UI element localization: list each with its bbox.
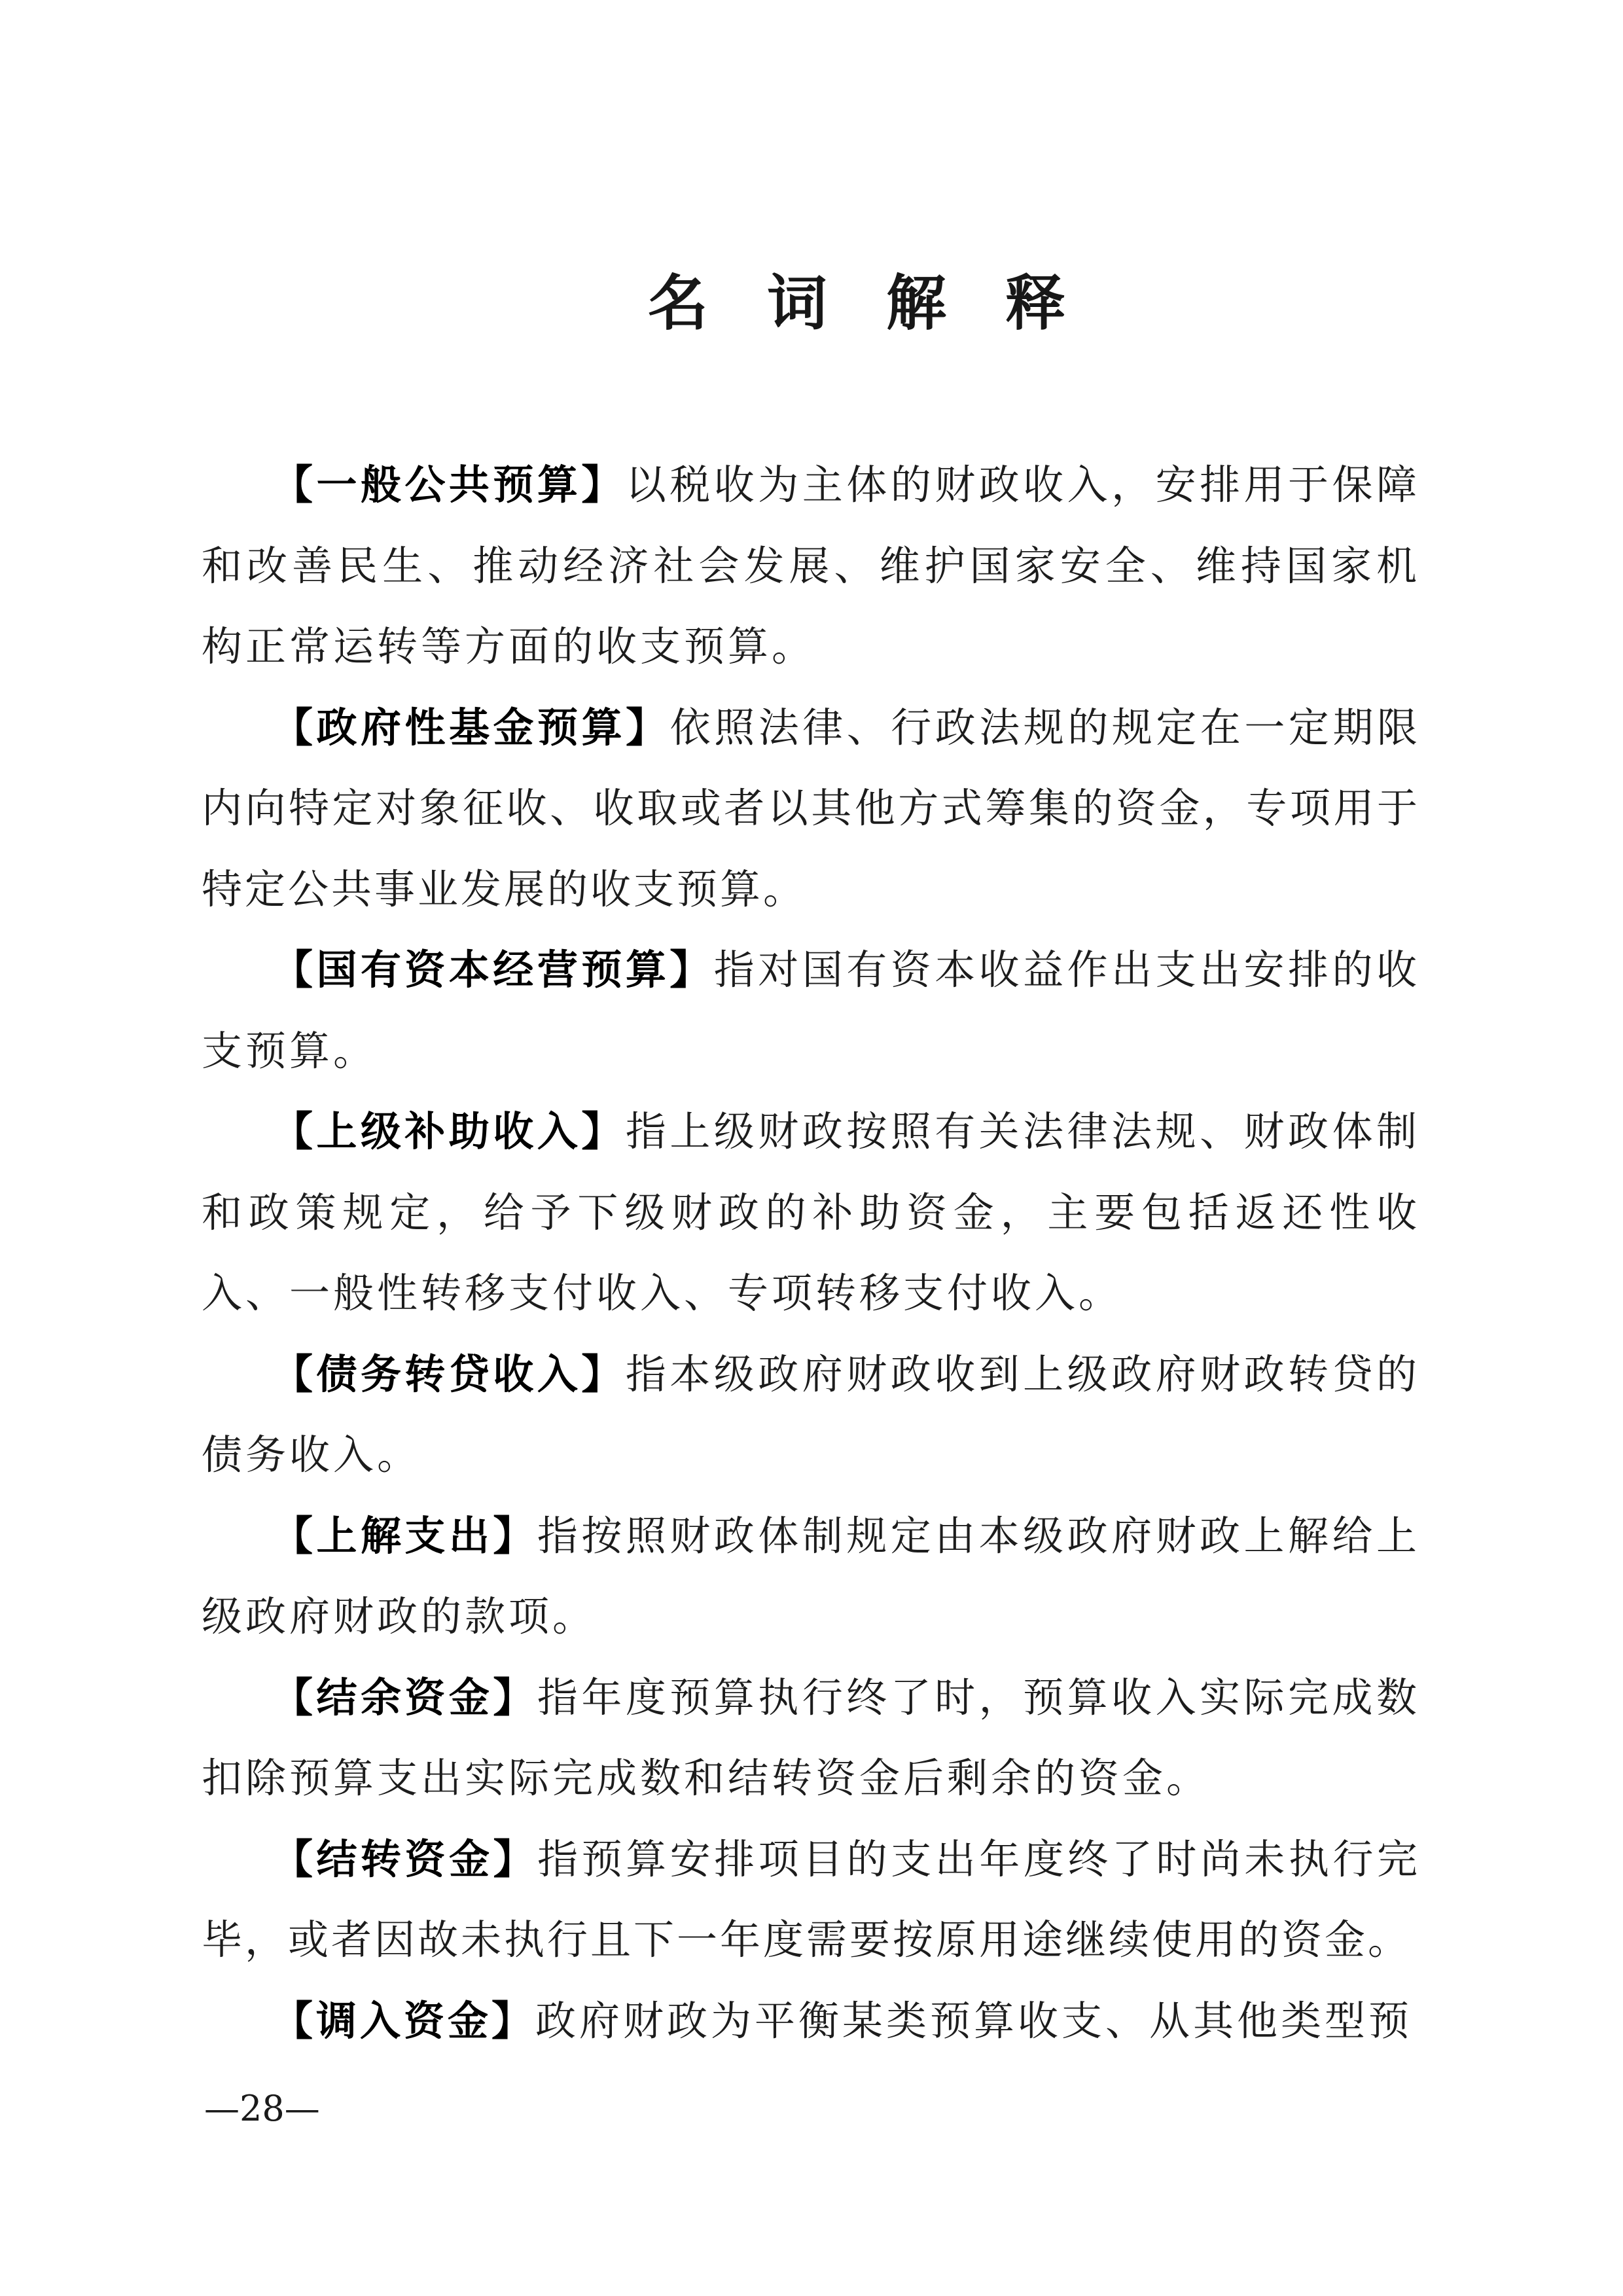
- term-paragraph: 【调入资金】政府财政为平衡某类预算收支、从其他类型预: [202, 1981, 1420, 2062]
- term-label: 【结转资金】: [272, 1835, 537, 1883]
- glossary-body: 【一般公共预算】以税收为主体的财政收入，安排用于保障和改善民生、推动经济社会发展…: [202, 444, 1420, 2061]
- term-paragraph: 【国有资本经营预算】指对国有资本收益作出支出安排的收支预算。: [202, 929, 1420, 1091]
- term-label: 【上级补助收入】: [272, 1107, 626, 1155]
- term-label: 【政府性基金预算】: [272, 704, 670, 751]
- page-title: 名词解释: [648, 267, 1124, 339]
- term-label: 【国有资本经营预算】: [272, 946, 714, 994]
- term-definition: 政府财政为平衡某类预算收支、从其他类型预: [535, 1997, 1412, 2045]
- term-paragraph: 【上解支出】指按照财政体制规定由本级政府财政上解给上级政府财政的款项。: [202, 1496, 1420, 1657]
- term-paragraph: 【结转资金】指预算安排项目的支出年度终了时尚未执行完毕，或者因故未执行且下一年度…: [202, 1819, 1420, 1981]
- term-paragraph: 【政府性基金预算】依照法律、行政法规的规定在一定期限内向特定对象征收、收取或者以…: [202, 687, 1420, 930]
- term-paragraph: 【债务转贷收入】指本级政府财政收到上级政府财政转贷的债务收入。: [202, 1334, 1420, 1496]
- term-label: 【一般公共预算】: [272, 461, 626, 509]
- term-label: 【调入资金】: [272, 1997, 535, 2045]
- term-label: 【上解支出】: [272, 1512, 537, 1560]
- page-number: —28—: [204, 2089, 320, 2128]
- term-label: 【债务转贷收入】: [272, 1350, 626, 1398]
- term-paragraph: 【上级补助收入】指上级财政按照有关法律法规、财政体制和政策规定，给予下级财政的补…: [202, 1091, 1420, 1334]
- document-page: 名词解释 【一般公共预算】以税收为主体的财政收入，安排用于保障和改善民生、推动经…: [0, 0, 1623, 2296]
- term-paragraph: 【结余资金】指年度预算执行终了时，预算收入实际完成数扣除预算支出实际完成数和结转…: [202, 1657, 1420, 1819]
- term-paragraph: 【一般公共预算】以税收为主体的财政收入，安排用于保障和改善民生、推动经济社会发展…: [202, 444, 1420, 687]
- term-label: 【结余资金】: [272, 1674, 537, 1721]
